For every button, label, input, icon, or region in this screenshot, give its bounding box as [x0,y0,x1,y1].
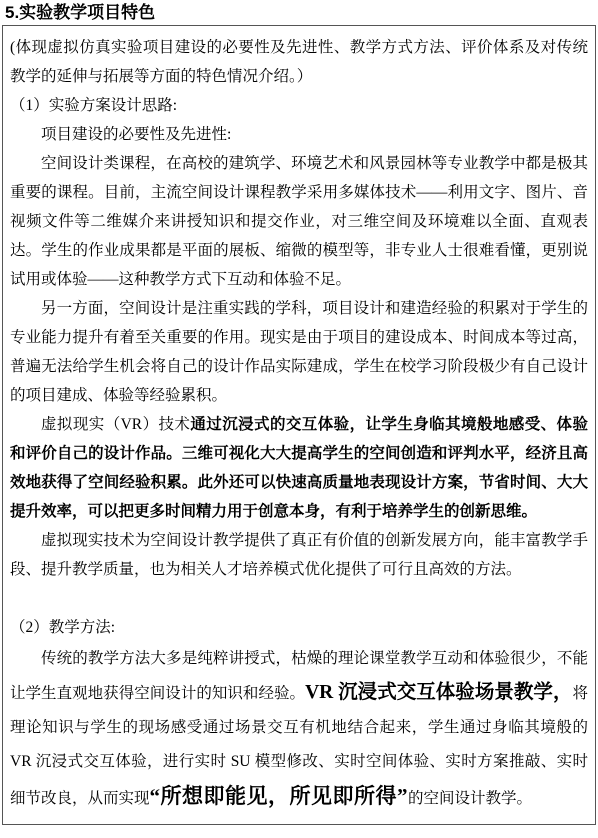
section1-subheading: 项目建设的必要性及先进性: [10,120,588,149]
section1-para4: 虚拟现实技术为空间设计教学提供了真正有价值的创新发展方向，能丰富教学手段、提升教… [10,526,588,584]
section1-para3-lead-text: 虚拟现实（VR）技术 [41,416,190,433]
section1-para3: 虚拟现实（VR）技术通过沉浸式的交互体验，让学生身临其境般地感受、体验和评价自己… [10,410,588,526]
section2-para1-regular3-text: 的空间设计教学。 [408,790,532,807]
section2-para1-bold-large-text: VR 沉浸式交互体验场景教学， [305,682,572,703]
section2-para1: 传统的教学方法大多是纯粹讲授式，枯燥的理论课堂教学互动和体验很少，不能让学生直观… [10,642,588,816]
section2-heading: （2）教学方法: [10,613,588,642]
section1-para1: 空间设计类课程，在高校的建筑学、环境艺术和风景园林等专业教学中都是极其重要的课程… [10,149,588,294]
section1-para2: 另一方面，空间设计是注重实践的学科，项目设计和建造经验的积累对于学生的专业能力提… [10,294,588,410]
document-page: 5.实验教学项目特色 (体现虚拟仿真实验项目建设的必要性及先进性、教学方式方法、… [0,0,598,838]
section1-heading: （1）实验方案设计思路: [10,91,588,120]
section-title: 5.实验教学项目特色 [5,3,598,23]
content-box: (体现虚拟仿真实验项目建设的必要性及先进性、教学方式方法、评价体系及对传统教学的… [2,25,596,825]
note-paragraph: (体现虚拟仿真实验项目建设的必要性及先进性、教学方式方法、评价体系及对传统教学的… [10,33,588,91]
section2-para1-quote-text: “所想即能见，所见即所得” [150,784,409,808]
